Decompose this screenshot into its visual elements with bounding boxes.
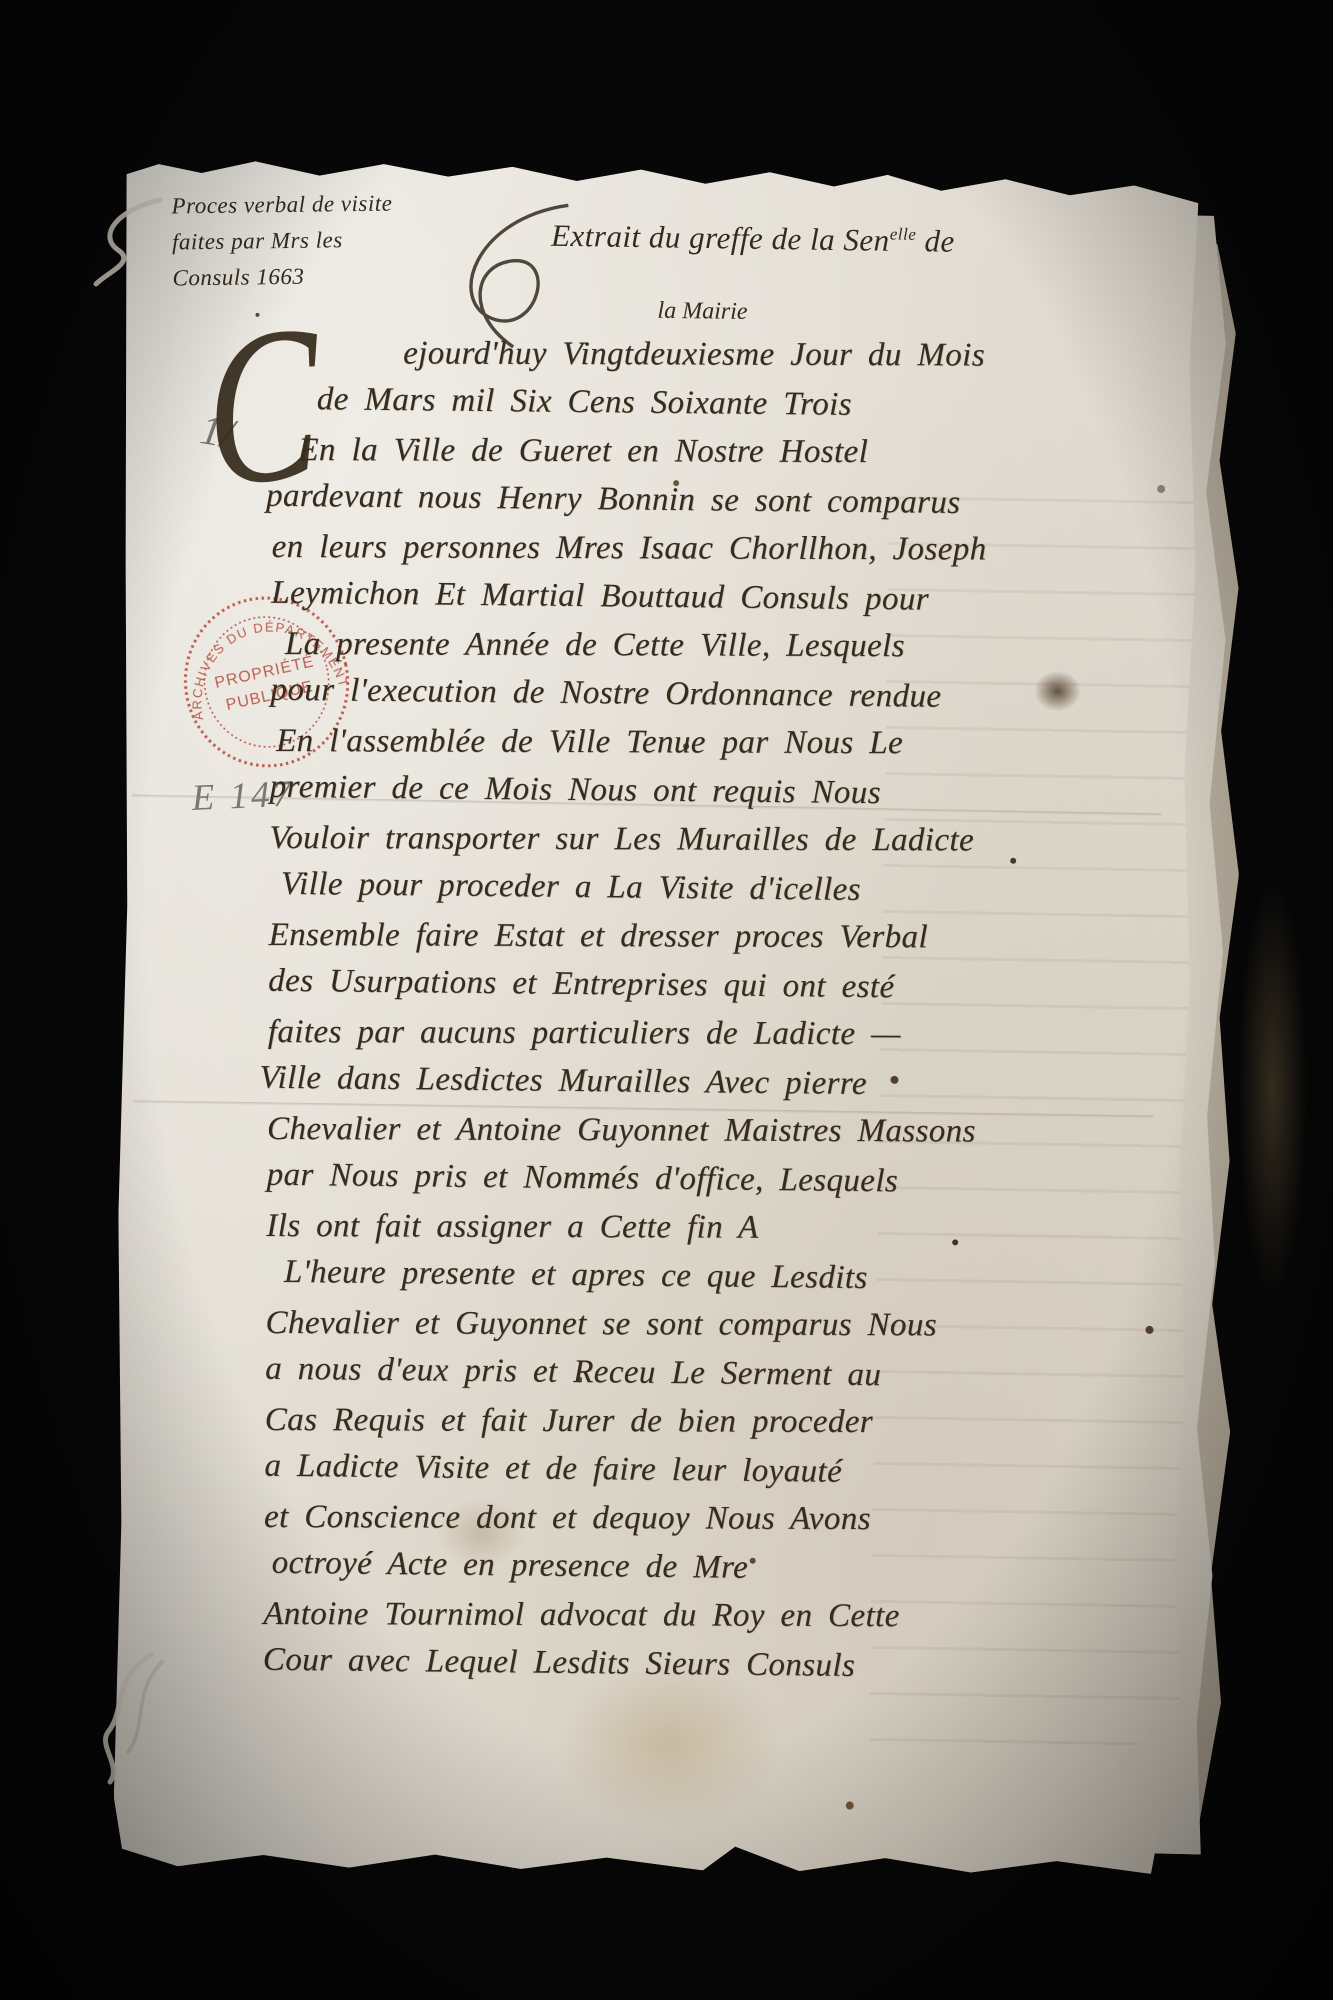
manuscript-line: L'heure presente et apres ce que Lesdits xyxy=(256,1247,1206,1305)
manuscript-line: en leurs personnes Mres Isaac Chorllhon,… xyxy=(262,523,1212,575)
manuscript-line: Ville dans Lesdictes Murailles Avec pier… xyxy=(257,1053,1207,1111)
header-extract-text: Extrait du greffe de la Sen xyxy=(551,218,890,258)
manuscript-line: En l'assemblée de Ville Tenue par Nous L… xyxy=(260,717,1210,769)
manuscript-line: Ville pour proceder a La Visite d'icelle… xyxy=(259,859,1209,917)
manuscript-line: Ensemble faire Estat et dresser proces V… xyxy=(259,911,1209,963)
manuscript-page: Proces verbal de visite faites par Mrs l… xyxy=(113,152,1198,1874)
manuscript-line: a nous d'eux pris et Receu Le Serment au xyxy=(255,1344,1205,1402)
manuscript-line: La presente Année de Cette Ville, Lesque… xyxy=(261,620,1211,672)
manuscript-line: par Nous pris et Nommés d'office, Lesque… xyxy=(256,1150,1206,1208)
manuscript-body: C ejourd'huy Vingtdeuxiesme Jour du Mois… xyxy=(253,327,1214,1692)
binding-thread-top xyxy=(88,192,178,292)
header-extract-superscript: elle xyxy=(890,224,917,243)
header-extract: Extrait du greffe de la Senelle de xyxy=(551,218,955,260)
note-line: Proces verbal de visite xyxy=(171,186,392,225)
manuscript-line: pardevant nous Henry Bonnin se sont comp… xyxy=(262,471,1212,529)
note-line: faites par Mrs les xyxy=(172,222,393,261)
manuscript-line: ejourd'huy Vingtdeuxiesme Jour du Mois xyxy=(263,329,1213,381)
right-edge-stain xyxy=(1238,880,1308,1300)
manuscript-line: Cas Requis et fait Jurer de bien procede… xyxy=(255,1396,1205,1448)
manuscript-line: Vouloir transporter sur Les Murailles de… xyxy=(259,814,1209,866)
header-extract-end: de xyxy=(916,223,955,259)
manuscript-line: de Mars mil Six Cens Soixante Trois xyxy=(263,374,1213,432)
manuscript-line: Chevalier et Guyonnet se sont comparus N… xyxy=(255,1299,1205,1351)
manuscript-line: et Conscience dont et dequoy Nous Avons xyxy=(254,1493,1204,1545)
manuscript-line: des Usurpations et Entreprises qui ont e… xyxy=(258,956,1208,1014)
manuscript-line: Chevalier et Antoine Guyonnet Maistres M… xyxy=(257,1105,1207,1157)
manuscript-line: faites par aucuns particuliers de Ladict… xyxy=(258,1008,1208,1060)
manuscript-line: pour l'execution de Nostre Ordonnance re… xyxy=(260,665,1210,723)
manuscript-line: Cour avec Lequel Lesdits Sieurs Consuls xyxy=(253,1635,1203,1693)
top-left-note: Proces verbal de visite faites par Mrs l… xyxy=(171,186,393,297)
manuscript-line: Ils ont fait assigner a Cette fin A xyxy=(256,1202,1206,1254)
header-extract-subline: la Mairie xyxy=(657,298,747,326)
manuscript-lines: ejourd'huy Vingtdeuxiesme Jour du Mois d… xyxy=(253,327,1214,1692)
manuscript-line: a Ladicte Visite et de faire leur loyaut… xyxy=(254,1441,1204,1499)
binding-thread-bottom xyxy=(92,1648,177,1788)
manuscript-line: octroyé Acte en presence de Mre xyxy=(253,1538,1203,1596)
manuscript-line: premier de ce Mois Nous ont requis Nous xyxy=(260,762,1210,820)
manuscript-line: Antoine Tournimol advocat du Roy en Cett… xyxy=(253,1590,1203,1642)
manuscript-line: Leymichon Et Martial Bouttaud Consuls po… xyxy=(261,568,1211,626)
photo-of-manuscript: { "colors": { "background": "#070707", "… xyxy=(0,0,1333,2000)
manuscript-line: En la Ville de Gueret en Nostre Hostel xyxy=(262,426,1212,478)
